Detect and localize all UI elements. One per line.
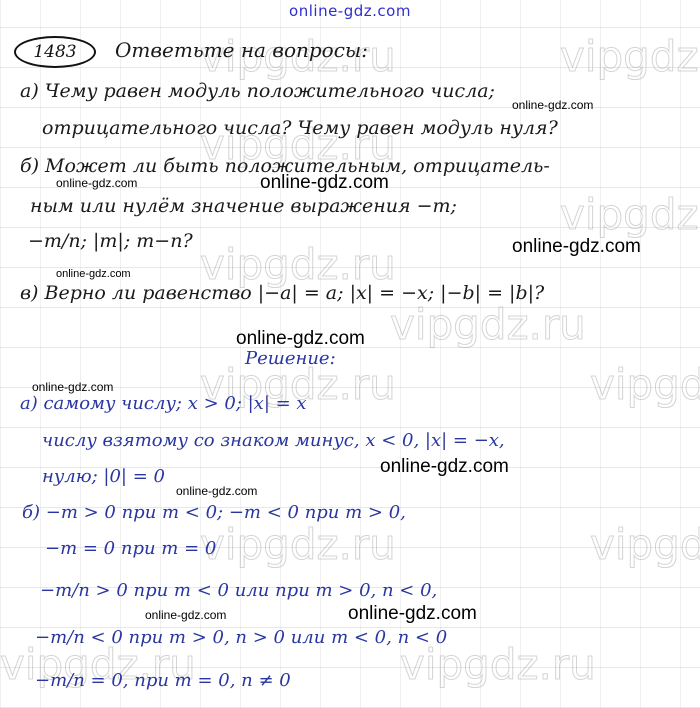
solution-a-line-3: нулю; |0| = 0 bbox=[42, 466, 165, 487]
task-number: 1483 bbox=[14, 36, 96, 68]
solution-a-line-2: числу взятому со знаком минус, x < 0, |x… bbox=[42, 430, 505, 451]
solution-b-line-4: −m/n < 0 при m > 0, n > 0 или m < 0, n <… bbox=[35, 627, 447, 648]
overlay-watermark: online-gdz.com bbox=[176, 484, 257, 498]
overlay-watermark: online-gdz.com bbox=[32, 380, 113, 394]
site-header-watermark: online-gdz.com bbox=[0, 2, 700, 20]
overlay-watermark: online-gdz.com bbox=[512, 236, 641, 258]
overlay-watermark: online-gdz.com bbox=[56, 268, 131, 280]
solution-a-line-1: а) самому числу; x > 0; |x| = x bbox=[20, 393, 307, 414]
solution-b-line-1: б) −m > 0 при m < 0; −m < 0 при m > 0, bbox=[22, 502, 406, 523]
overlay-watermark: online-gdz.com bbox=[512, 98, 593, 112]
question-c-line-1: в) Верно ли равенство |−a| = a; |x| = −x… bbox=[20, 282, 544, 304]
overlay-watermark: online-gdz.com bbox=[145, 608, 226, 622]
solution-b-line-5: −m/n = 0, при m = 0, n ≠ 0 bbox=[35, 670, 291, 691]
question-a-line-1: а) Чему равен модуль положительного числ… bbox=[20, 80, 495, 102]
question-b-line-3: −m/n; |m|; m−n? bbox=[28, 230, 193, 252]
question-a-line-2: отрицательного числа? Чему равен модуль … bbox=[42, 117, 558, 139]
overlay-watermark: online-gdz.com bbox=[56, 176, 137, 190]
solution-heading: Решение: bbox=[245, 348, 336, 369]
background-watermark: vipgdz.ru bbox=[590, 520, 700, 569]
question-b-line-2: ным или нулём значение выражения −m; bbox=[30, 195, 457, 217]
background-watermark: vipgdz.ru bbox=[200, 520, 396, 569]
background-watermark: vipgdz.ru bbox=[560, 32, 700, 81]
solution-b-line-3: −m/n > 0 при m < 0 или при m > 0, n < 0, bbox=[40, 580, 437, 601]
solution-b-line-2: −m = 0 при m = 0 bbox=[45, 538, 216, 559]
overlay-watermark: online-gdz.com bbox=[348, 603, 477, 625]
background-watermark: vipgdz.ru bbox=[390, 300, 586, 349]
overlay-watermark: online-gdz.com bbox=[260, 172, 389, 194]
task-number-text: 1483 bbox=[33, 42, 76, 62]
task-title: Ответьте на вопросы: bbox=[115, 38, 368, 62]
overlay-watermark: online-gdz.com bbox=[236, 328, 365, 350]
overlay-watermark: online-gdz.com bbox=[380, 456, 509, 478]
background-watermark: vipgdz.ru bbox=[560, 190, 700, 239]
background-watermark: vipgdz.ru bbox=[590, 360, 700, 409]
